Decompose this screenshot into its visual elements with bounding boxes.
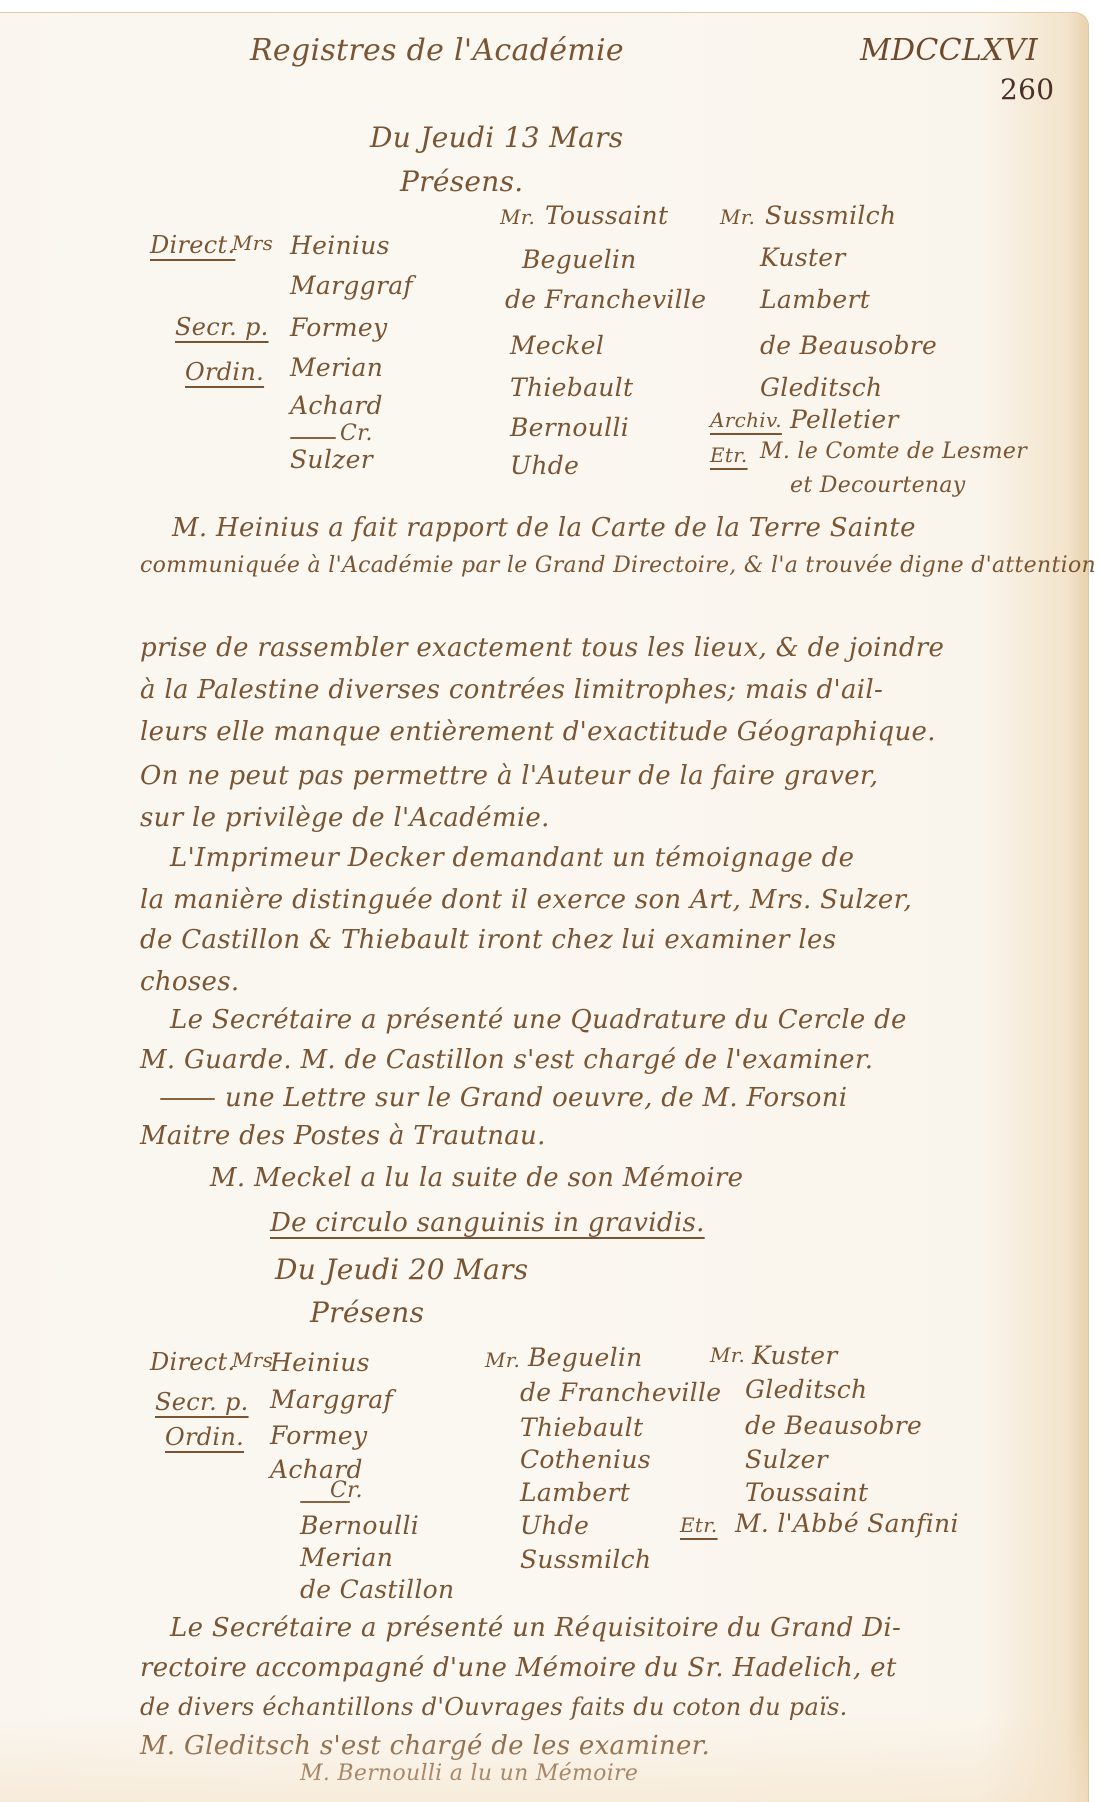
s1-col2-name: Thiebault <box>510 373 633 402</box>
role-ordinary: Ordin. <box>165 1423 244 1451</box>
s2-col3-name: Kuster <box>752 1341 838 1370</box>
role-etranger: Etr. <box>710 443 748 467</box>
year-roman-numeral: MDCCLXVI <box>860 33 1038 68</box>
memoir-title: De circulo sanguinis in gravidis. <box>270 1208 705 1238</box>
minutes-line: une Lettre sur le Grand oeuvre, de M. Fo… <box>225 1083 847 1113</box>
minutes-line: L'Imprimeur Decker demandant un témoigna… <box>170 843 854 873</box>
minutes-line: M. Heinius a fait rapport de la Carte de… <box>172 513 916 543</box>
minutes-line: communiquée à l'Académie par le Grand Di… <box>140 553 1100 578</box>
s1-etranger-name-2: et Decourtenay <box>790 473 966 498</box>
minutes-line: Le Secrétaire a présenté une Quadrature … <box>170 1005 907 1035</box>
session-1-present-label: Présens. <box>400 165 523 198</box>
minutes-line: la manière distinguée dont il exerce son… <box>140 885 912 915</box>
minutes-line: M. Gleditsch s'est chargé de les examine… <box>140 1731 710 1761</box>
s2-col3-name: Sulzer <box>745 1445 828 1474</box>
s1-col3-name: de Beausobre <box>760 331 937 360</box>
s2-col3-name: Toussaint <box>745 1478 868 1507</box>
s2-col2-name: Beguelin <box>528 1343 643 1372</box>
s1-col1-note: Cr. <box>340 421 373 446</box>
s2-col2-name: Sussmilch <box>520 1545 651 1574</box>
minutes-line: à la Palestine diverses contrées limitro… <box>140 675 883 705</box>
role-etranger: Etr. <box>680 1513 718 1537</box>
s1-col1-name: Sulzer <box>290 445 373 474</box>
s2-col2-name: Lambert <box>520 1478 630 1507</box>
minutes-line: choses. <box>140 967 239 997</box>
role-messieurs: Mrs <box>232 1348 273 1372</box>
s1-col2-name: Bernoulli <box>510 413 629 442</box>
role-secretary: Secr. p. <box>175 313 269 341</box>
minutes-dash-rule <box>160 1098 215 1100</box>
s1-col3-prefix: Mr. <box>720 205 755 229</box>
s2-col3-name: Gleditsch <box>745 1375 867 1404</box>
minutes-line: M. Meckel a lu la suite de son Mémoire <box>210 1163 743 1193</box>
minutes-line: Le Secrétaire a présenté un Réquisitoire… <box>170 1613 901 1643</box>
minutes-line: Maitre des Postes à Trautnau. <box>140 1121 546 1151</box>
s1-col1-name: Heinius <box>290 231 390 260</box>
s1-col2-name: Meckel <box>510 331 604 360</box>
minutes-line: M. Guarde. M. de Castillon s'est chargé … <box>140 1045 873 1075</box>
minutes-line: On ne peut pas permettre à l'Auteur de l… <box>140 761 878 791</box>
s1-col1-name: Marggraf <box>290 271 413 300</box>
s1-col2-name: Toussaint <box>545 201 668 230</box>
s1-col2-name: Beguelin <box>522 245 637 274</box>
s2-col1-name: Merian <box>300 1543 393 1572</box>
s2-col1-note: Cr. <box>330 1478 363 1503</box>
s2-col1-name: de Castillon <box>300 1575 454 1604</box>
minutes-line: M. Bernoulli a lu un Mémoire <box>300 1761 638 1786</box>
register-title: Registres de l'Académie <box>250 33 624 68</box>
s2-col2-prefix: Mr. <box>485 1348 520 1372</box>
s2-col2-name: Thiebault <box>520 1413 643 1442</box>
s2-col2-name: Uhde <box>520 1511 589 1540</box>
s1-col2-name: Uhde <box>510 451 579 480</box>
s2-col2-name: Cothenius <box>520 1445 651 1474</box>
minutes-line: prise de rassembler exactement tous les … <box>140 633 944 663</box>
minutes-line: rectoire accompagné d'une Mémoire du Sr.… <box>140 1653 897 1683</box>
s1-col1-name: Merian <box>290 353 383 382</box>
minutes-line: de Castillon & Thiebault iront chez lui … <box>140 925 836 955</box>
s1-col3-name: Gleditsch <box>760 373 882 402</box>
folio-number: 260 <box>1000 73 1054 106</box>
role-director: Direct. <box>150 1348 235 1376</box>
s1-archivist-name: Pelletier <box>790 405 899 434</box>
role-archivist: Archiv. <box>710 408 782 432</box>
minutes-line: de divers échantillons d'Ouvrages faits … <box>140 1693 848 1721</box>
s2-col3-prefix: Mr. <box>710 1343 745 1367</box>
role-director: Direct. <box>150 231 235 259</box>
s2-col2-name: de Francheville <box>520 1378 721 1407</box>
role-ordinary: Ordin. <box>185 358 264 386</box>
s2-col1-name: Bernoulli <box>300 1511 419 1540</box>
session-2-present-label: Présens <box>310 1296 424 1329</box>
s2-col1-name: Formey <box>270 1421 367 1450</box>
role-messieurs: Mrs <box>232 231 273 255</box>
s1-col1-name: Achard <box>290 391 383 420</box>
s2-etranger-name: M. l'Abbé Sanfini <box>735 1509 959 1538</box>
s2-col3-name: de Beausobre <box>745 1411 922 1440</box>
s1-col3-name: Kuster <box>760 243 846 272</box>
manuscript-page: Registres de l'Académie MDCCLXVI 260 Du … <box>0 12 1088 1802</box>
s1-etranger-name: M. le Comte de Lesmer <box>760 439 1027 464</box>
session-1-date: Du Jeudi 13 Mars <box>370 121 623 154</box>
s1-col2-name: de Francheville <box>505 285 706 314</box>
session-2-date: Du Jeudi 20 Mars <box>275 1253 528 1286</box>
s1-col1-rule <box>290 437 336 439</box>
s2-col1-name: Heinius <box>270 1348 370 1377</box>
minutes-line: leurs elle manque entièrement d'exactitu… <box>140 717 936 747</box>
s1-col2-prefix: Mr. <box>500 205 535 229</box>
minutes-line: sur le privilège de l'Académie. <box>140 803 550 833</box>
s1-col3-name: Sussmilch <box>765 201 896 230</box>
role-secretary: Secr. p. <box>155 1388 249 1416</box>
s1-col1-name: Formey <box>290 313 387 342</box>
s1-col3-name: Lambert <box>760 285 870 314</box>
s2-col1-rule <box>300 1501 350 1503</box>
